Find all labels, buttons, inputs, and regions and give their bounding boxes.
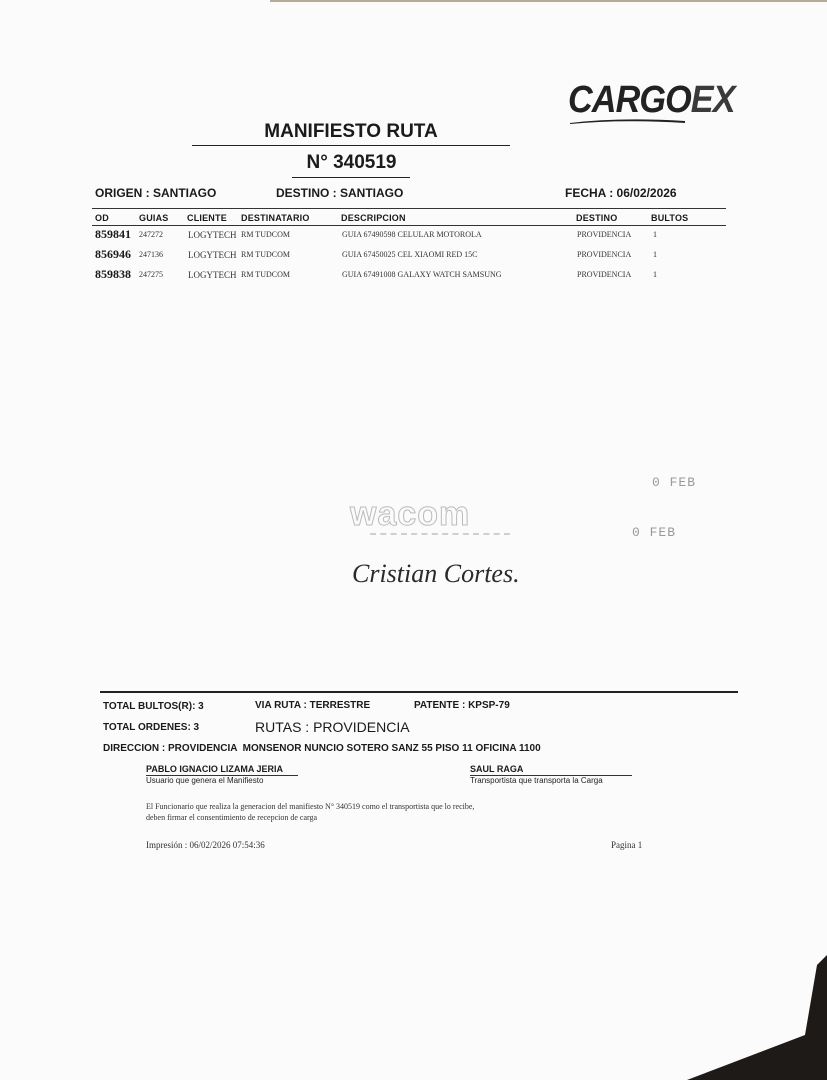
carrier-name: SAUL RAGA — [470, 764, 523, 774]
logo-swoosh-icon — [570, 118, 685, 124]
date-stamp: 0 FEB — [652, 475, 696, 490]
cell-od: 859841 — [95, 227, 131, 242]
cell-destino: PROVIDENCIA — [577, 270, 631, 279]
cell-cliente: LOGYTECH — [188, 270, 237, 280]
logo-text-ex: EX — [691, 79, 735, 121]
cell-destinatario: RM TUDCOM — [241, 230, 290, 239]
table-row: 859838247275LOGYTECHRM TUDCOMGUIA 674910… — [0, 270, 827, 290]
faded-stamp-underline — [370, 533, 510, 539]
cell-cliente: LOGYTECH — [188, 250, 237, 260]
carrier-role: Transportista que transporta la Carga — [470, 776, 603, 785]
cell-od: 856946 — [95, 247, 131, 262]
scan-corner-shadow — [687, 955, 827, 1080]
col-destinatario: DESTINATARIO — [241, 213, 310, 223]
print-timestamp: Impresión : 06/02/2026 07:54:36 — [146, 840, 265, 850]
cell-descripcion: GUIA 67490598 CELULAR MOTOROLA — [342, 230, 482, 239]
total-bultos: TOTAL BULTOS(R): 3 — [103, 701, 204, 712]
cell-guias: 247272 — [139, 230, 163, 239]
note-line-2: deben firmar el consentimiento de recepc… — [146, 813, 317, 822]
logo-text-cargo: CARGO — [568, 79, 691, 121]
origen: ORIGEN : SANTIAGO — [95, 186, 216, 200]
cell-guias: 247275 — [139, 270, 163, 279]
cell-descripcion: GUIA 67491008 GALAXY WATCH SAMSUNG — [342, 270, 502, 279]
col-bultos: BULTOS — [651, 213, 688, 223]
fecha: FECHA : 06/02/2026 — [565, 186, 677, 200]
cell-destino: PROVIDENCIA — [577, 250, 631, 259]
header-divider — [92, 225, 726, 226]
cell-destinatario: RM TUDCOM — [241, 250, 290, 259]
divider — [92, 208, 726, 209]
faded-logo-stamp: wacom — [350, 495, 470, 534]
title-underline — [192, 145, 510, 146]
generator-name: PABLO IGNACIO LIZAMA JERIA — [146, 764, 283, 774]
destino: DESTINO : SANTIAGO — [276, 186, 403, 200]
page-title: MANIFIESTO RUTA — [192, 121, 510, 143]
rutas: RUTAS : PROVIDENCIA — [255, 719, 410, 735]
scan-edge — [270, 0, 827, 2]
cargoex-logo: CARGOEX — [568, 80, 728, 130]
cell-guias: 247136 — [139, 250, 163, 259]
svg-text:Cristian Cortes.: Cristian Cortes. — [352, 559, 520, 588]
total-ordenes: TOTAL ORDENES: 3 — [103, 722, 199, 733]
date-stamp: 0 FEB — [632, 525, 676, 540]
cell-bultos: 1 — [653, 250, 657, 259]
col-cliente: CLIENTE — [187, 213, 227, 223]
col-guias: GUIAS — [139, 213, 169, 223]
summary-divider — [100, 691, 738, 693]
note-line-1: El Funcionario que realiza la generacion… — [146, 802, 474, 811]
manifest-number: N° 340519 — [294, 152, 409, 174]
cell-descripcion: GUIA 67450025 CEL XIAOMI RED 15C — [342, 250, 477, 259]
handwritten-signature: Cristian Cortes. — [352, 550, 592, 600]
cell-destinatario: RM TUDCOM — [241, 270, 290, 279]
cell-od: 859838 — [95, 267, 131, 282]
cell-bultos: 1 — [653, 270, 657, 279]
col-od: OD — [95, 213, 109, 223]
number-underline — [292, 177, 410, 178]
col-descripcion: DESCRIPCION — [341, 213, 406, 223]
via-ruta: VIA RUTA : TERRESTRE — [255, 700, 370, 711]
col-destino: DESTINO — [576, 213, 617, 223]
page-number: Pagina 1 — [611, 840, 642, 850]
cell-destino: PROVIDENCIA — [577, 230, 631, 239]
direccion: DIRECCION : PROVIDENCIA MONSENOR NUNCIO … — [103, 743, 541, 754]
patente: PATENTE : KPSP-79 — [414, 700, 510, 711]
cell-bultos: 1 — [653, 230, 657, 239]
cell-cliente: LOGYTECH — [188, 230, 237, 240]
generator-role: Usuario que genera el Manifiesto — [146, 776, 263, 785]
